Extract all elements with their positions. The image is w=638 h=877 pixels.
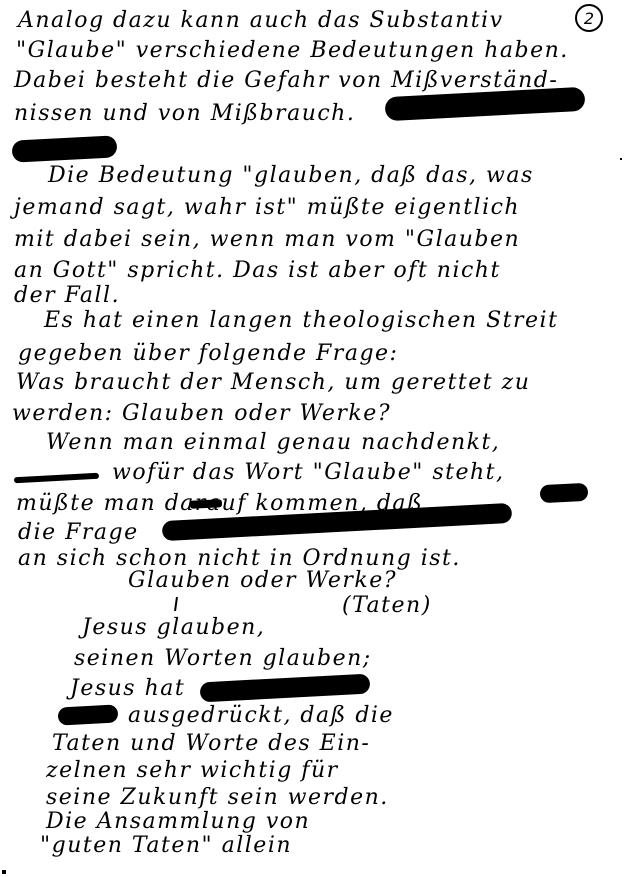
text-line: wofür das Wort "Glaube" steht, [112,462,504,484]
scan-speck [620,158,622,160]
text-line: seine Zukunft sein werden. [46,787,389,809]
strikethrough-mark [190,499,222,509]
text-line: ausgedrückt, daß die [128,705,394,727]
text-line: Glauben oder Werke? [128,570,397,592]
text-line: werden: Glauben oder Werke? [12,403,391,425]
text-line: Dabei besteht die Gefahr von Mißverständ… [14,70,558,92]
text-line: Es hat einen langen theologischen Streit [44,310,558,332]
text-line: "guten Taten" allein [40,835,292,857]
connector-mark [174,597,178,611]
text-line: Jesus hat [70,678,185,700]
redaction-scribble [200,674,371,703]
text-line: seinen Worten glauben; [74,648,372,670]
text-line: mit dabei sein, wenn man vom "Glauben [14,229,520,251]
text-line: Die Bedeutung "glauben, daß das, was [48,165,534,187]
text-line: "Glaube" verschiedene Bedeutungen haben. [16,40,569,62]
redaction-scribble [58,704,119,725]
text-line: der Fall. [14,285,120,307]
redaction-scribble [11,135,117,162]
handwritten-page: 2 Analog dazu kann auch das Substantiv "… [0,0,638,877]
text-line: die Frage [18,522,139,544]
text-line: Jesus glauben, [82,617,265,639]
redaction-scribble [540,483,589,503]
strikethrough-mark [14,473,99,483]
text-line: Wenn man einmal genau nachdenkt, [46,432,500,454]
text-line: an sich schon nicht in Ordnung ist. [18,548,461,570]
text-line: an Gott" spricht. Das ist aber oft nicht [14,260,501,282]
text-line: Analog dazu kann auch das Substantiv [18,10,504,32]
scan-speck [2,870,6,874]
text-line: gegeben über folgende Frage: [18,343,398,365]
text-line: Was braucht der Mensch, um gerettet zu [16,372,530,394]
text-line: jemand sagt, wahr ist" müßte eigentlich [14,197,520,219]
text-line: Die Ansammlung von [46,811,310,833]
text-line: Taten und Worte des Ein- [52,733,370,755]
text-line: (Taten) [342,595,432,617]
text-line: nissen und von Mißbrauch. [14,103,355,125]
text-line: zelnen sehr wichtig für [46,760,339,782]
page-number-circle: 2 [575,4,603,32]
